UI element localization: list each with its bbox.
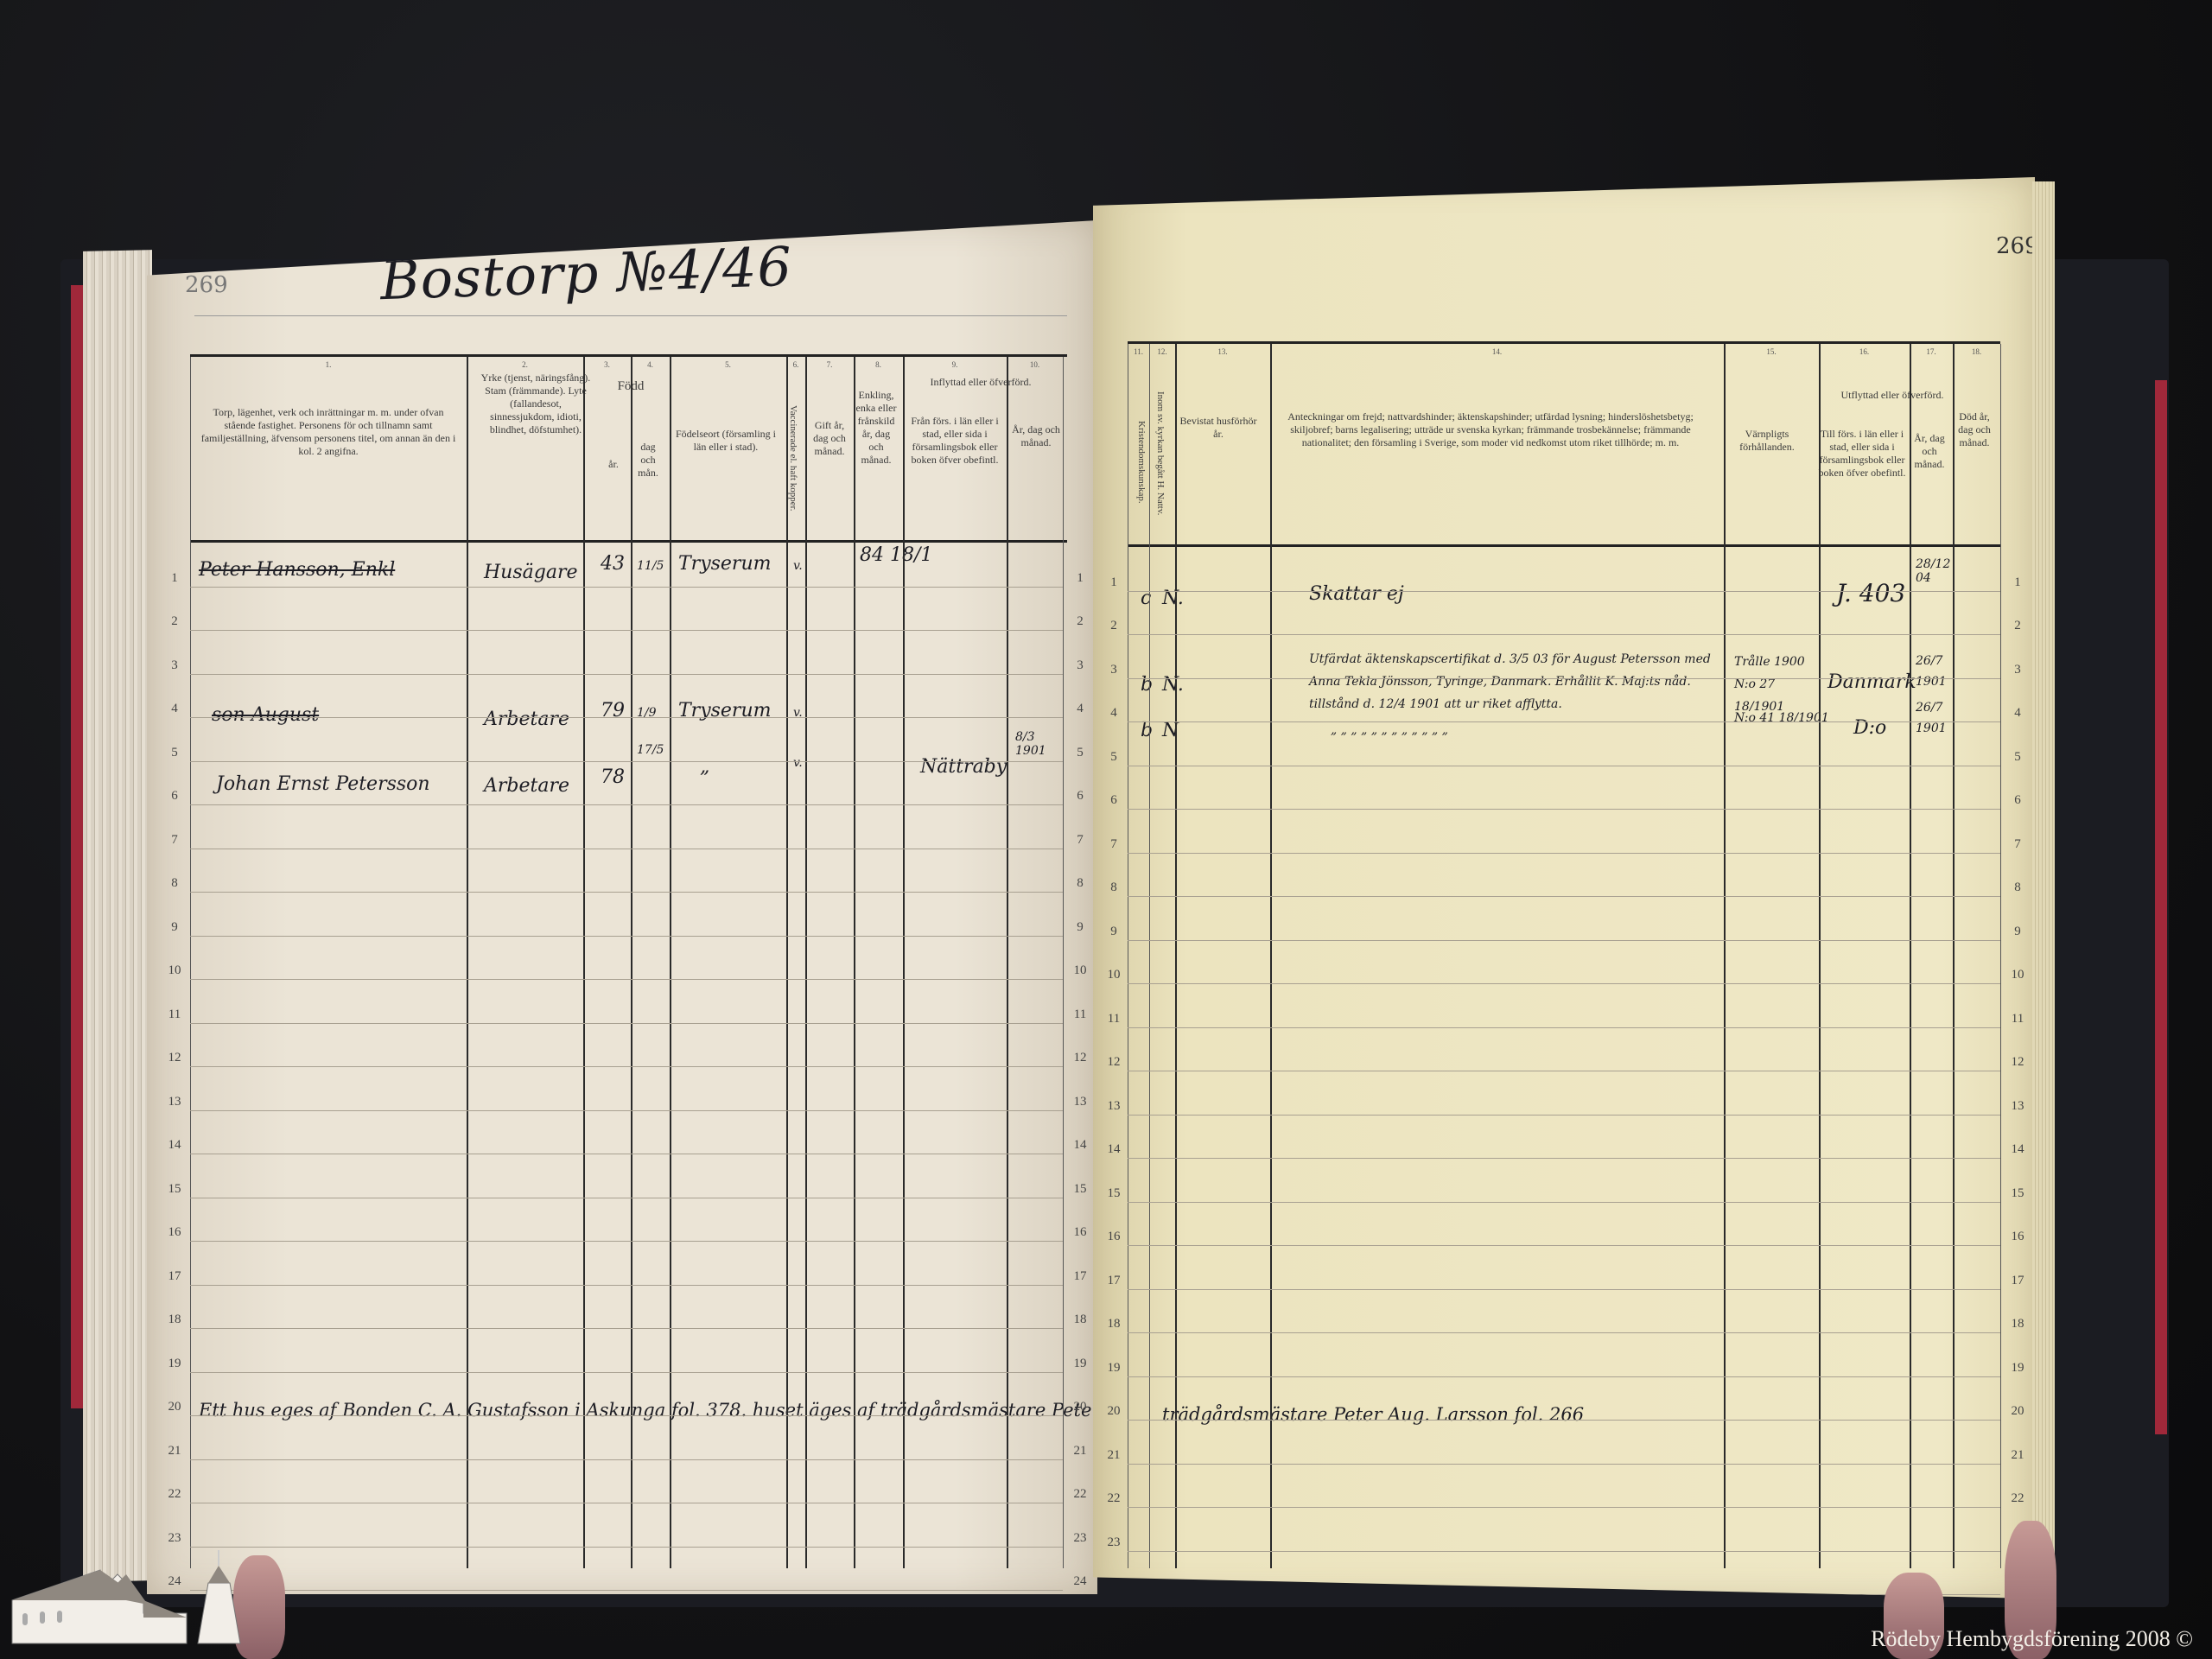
row-number: 16 <box>164 1225 185 1240</box>
row-number: 21 <box>2007 1448 2028 1463</box>
entry-occupation: Arbetare <box>484 709 569 730</box>
row-number: 15 <box>164 1182 185 1197</box>
page-stack-right <box>2032 181 2055 1599</box>
row-line <box>1128 1551 2000 1552</box>
header-col8: Enkling, enka eller frånskild år, dag oc… <box>854 389 899 467</box>
row-line <box>1128 721 2000 722</box>
header-col6: Vaccinerade el. haft kopper. <box>786 393 799 523</box>
row-line <box>1128 1376 2000 1377</box>
row-number: 13 <box>1070 1095 1090 1109</box>
row-line <box>1128 896 2000 897</box>
row-line <box>1128 809 2000 810</box>
row-number: 11 <box>164 1007 185 1022</box>
row-number: 4 <box>1103 706 1124 721</box>
row-number: 2 <box>1103 619 1124 633</box>
row-line <box>190 1066 1063 1067</box>
row-line <box>1128 591 2000 592</box>
header-col7: Gift år, dag och månad. <box>808 419 851 458</box>
row-number: 10 <box>2007 968 2028 982</box>
row-number: 10 <box>1103 968 1124 982</box>
column-divider <box>1175 344 1177 1568</box>
column-divider <box>1149 344 1150 1568</box>
row-number: 19 <box>1070 1357 1090 1371</box>
row-number: 17 <box>2007 1274 2028 1288</box>
row-number: 18 <box>2007 1317 2028 1332</box>
row-number: 18 <box>1070 1313 1090 1327</box>
row-number: 13 <box>164 1095 185 1109</box>
right-page: 269 Kristendomskunskap. Inom sv. kyrkan … <box>1093 177 2035 1599</box>
column-divider <box>786 357 788 1568</box>
row-number: 23 <box>164 1531 185 1546</box>
row-line <box>190 1241 1063 1242</box>
column-number: 2. <box>467 360 583 369</box>
row-line <box>190 717 1063 718</box>
header-col18: Död år, dag och månad. <box>1953 410 1996 449</box>
header-col11: Kristendomskunskap. <box>1135 397 1147 527</box>
entry-name: Johan Ernst Petersson <box>216 773 430 795</box>
cover-edge-left <box>71 285 83 1408</box>
column-divider <box>854 357 855 1568</box>
row-line <box>190 1328 1063 1329</box>
row-number: 5 <box>2007 750 2028 765</box>
row-line <box>190 936 1063 937</box>
row-number: 6 <box>1070 789 1090 804</box>
entry-vaccinated: v. <box>793 559 803 573</box>
row-line <box>190 1110 1063 1111</box>
entry-occupation: Arbetare <box>484 775 569 797</box>
row-number: 14 <box>164 1138 185 1153</box>
header-top-rule <box>190 354 1067 357</box>
row-number: 20 <box>2007 1404 2028 1419</box>
row-number: 9 <box>1103 925 1124 939</box>
row-line <box>1128 1071 2000 1071</box>
column-divider <box>190 357 191 1568</box>
column-divider <box>1128 344 1128 1568</box>
header-col3: år. <box>596 458 631 471</box>
entry-year: 78 <box>601 766 625 788</box>
left-page: 269 Bostorp №4/46 Torp, lägenhet, verk o… <box>147 220 1097 1594</box>
row-line <box>1128 1420 2000 1421</box>
row-number: 19 <box>2007 1361 2028 1376</box>
row-number: 15 <box>1070 1182 1090 1197</box>
header-col17: År, dag och månad. <box>1910 432 1949 471</box>
row-number: 3 <box>164 658 185 673</box>
header-col14: Anteckningar om frejd; nattvardshinder; … <box>1283 410 1698 449</box>
entry-moved-date: 8/3 1901 <box>1015 730 1058 758</box>
row-number: 6 <box>1103 793 1124 808</box>
column-number: 3. <box>583 360 631 369</box>
row-number: 2 <box>2007 619 2028 633</box>
row-number: 16 <box>2007 1230 2028 1244</box>
column-divider <box>670 357 671 1568</box>
row-number: 1 <box>1070 571 1090 586</box>
row-number: 3 <box>2007 663 2028 677</box>
row-number: 14 <box>2007 1142 2028 1157</box>
row-line <box>1128 1289 2000 1290</box>
entry-year: 43 <box>601 553 625 575</box>
row-number: 20 <box>164 1400 185 1414</box>
row-line <box>190 1415 1063 1416</box>
row-line <box>190 849 1063 849</box>
row-line <box>1128 766 2000 766</box>
row-line <box>190 1459 1063 1460</box>
entry-name: son August <box>212 704 319 726</box>
column-number: 9. <box>903 360 1007 369</box>
row-number: 12 <box>1070 1051 1090 1065</box>
column-number: 8. <box>854 360 903 369</box>
column-divider <box>1724 344 1726 1568</box>
row-number: 3 <box>1103 663 1124 677</box>
row-line <box>190 892 1063 893</box>
row-number: 16 <box>1103 1230 1124 1244</box>
row-line <box>190 1547 1063 1548</box>
column-number: 16. <box>1819 347 1910 356</box>
row-number: 21 <box>1070 1444 1090 1459</box>
left-page-number: 269 <box>185 272 228 298</box>
row-line <box>1128 853 2000 854</box>
row-number: 4 <box>1070 702 1090 716</box>
row-number: 15 <box>2007 1186 2028 1201</box>
entry-moved-to: Danmark <box>1827 671 1916 693</box>
header-inflyttad: Inflyttad eller öfverförd. <box>903 376 1058 389</box>
row-number: 17 <box>164 1269 185 1284</box>
row-number: 5 <box>164 746 185 760</box>
entry-widowed: 84 18/1 <box>860 544 932 566</box>
column-number: 1. <box>190 360 467 369</box>
column-divider <box>805 357 807 1568</box>
row-number: 2 <box>164 614 185 629</box>
row-number: 2 <box>1070 614 1090 629</box>
row-number: 21 <box>1103 1448 1124 1463</box>
row-number: 5 <box>1070 746 1090 760</box>
row-number: 14 <box>1070 1138 1090 1153</box>
row-number: 18 <box>164 1313 185 1327</box>
header-col9: Från förs. i län eller i stad, eller sid… <box>903 415 1007 467</box>
row-number: 20 <box>1070 1400 1090 1414</box>
entry-notes: Skattar ej <box>1309 583 1404 605</box>
row-number: 17 <box>1070 1269 1090 1284</box>
header-utflyttad: Utflyttad eller öfverförd. <box>1815 389 1970 402</box>
row-number: 16 <box>1070 1225 1090 1240</box>
entry-moved-to: D:o <box>1853 717 1886 739</box>
column-divider <box>631 357 632 1568</box>
row-number: 13 <box>1103 1099 1124 1114</box>
row-number: 1 <box>2007 575 2028 590</box>
row-number: 11 <box>2007 1012 2028 1027</box>
row-line <box>190 761 1063 762</box>
column-number: 14. <box>1270 347 1724 356</box>
column-number: 17. <box>1910 347 1953 356</box>
row-number: 19 <box>164 1357 185 1371</box>
row-number: 8 <box>1103 880 1124 895</box>
column-number: 7. <box>805 360 854 369</box>
column-divider <box>1007 357 1008 1568</box>
column-number: 13. <box>1175 347 1270 356</box>
row-number: 10 <box>1070 963 1090 978</box>
column-divider <box>1910 344 1911 1568</box>
header-col2: Yrke (tjenst, näringsfång). Stam (främma… <box>480 372 592 436</box>
entry-moved-to: J. 403 <box>1836 579 1905 607</box>
column-divider <box>1819 344 1821 1568</box>
row-line <box>1128 940 2000 941</box>
row-number: 6 <box>2007 793 2028 808</box>
row-line <box>1128 634 2000 635</box>
header-bottom-rule <box>1128 544 2000 547</box>
row-number: 18 <box>1103 1317 1124 1332</box>
entry-day-month: 17/5 <box>637 743 664 757</box>
row-line <box>190 1503 1063 1503</box>
column-number: 5. <box>670 360 786 369</box>
row-number: 23 <box>1070 1531 1090 1546</box>
entry-notes: Utfärdat äktenskapscertifikat d. 3/5 03 … <box>1309 648 1724 715</box>
row-number: 11 <box>1070 1007 1090 1022</box>
header-col12: Inom sv. kyrkan begått H. Nattv. <box>1154 372 1166 536</box>
row-line <box>190 979 1063 980</box>
row-number: 11 <box>1103 1012 1124 1027</box>
row-number: 13 <box>2007 1099 2028 1114</box>
row-line <box>1128 1245 2000 1246</box>
row-number: 7 <box>164 833 185 848</box>
row-line <box>1128 1115 2000 1116</box>
header-col13: Bevistat husförhör år. <box>1179 415 1257 441</box>
row-line <box>1128 1202 2000 1203</box>
column-divider <box>1953 344 1955 1568</box>
column-number: 18. <box>1953 347 2000 356</box>
row-line <box>190 1285 1063 1286</box>
header-col16: Till förs. i län eller i stad, eller sid… <box>1817 428 1907 480</box>
row-number: 7 <box>1070 833 1090 848</box>
row-number: 6 <box>164 789 185 804</box>
column-number: 11. <box>1128 347 1149 356</box>
row-number: 3 <box>1070 658 1090 673</box>
row-line <box>190 1154 1063 1154</box>
row-number: 24 <box>1070 1574 1090 1589</box>
watermark: Rödeby Hembygdsförening 2008 © <box>1871 1626 2193 1652</box>
column-divider <box>583 357 585 1568</box>
column-divider <box>1063 357 1064 1568</box>
entry-moved-date: 28/12 04 <box>1916 557 1950 585</box>
column-divider <box>903 357 905 1568</box>
row-number: 12 <box>1103 1055 1124 1070</box>
bottom-note: trädgårdsmästare Peter Aug. Larsson fol.… <box>1162 1404 1584 1425</box>
entry-vaccinated: v. <box>793 756 803 770</box>
row-line <box>1128 1332 2000 1333</box>
row-line <box>1128 1027 2000 1028</box>
row-line <box>190 674 1063 675</box>
column-number: 15. <box>1724 347 1819 356</box>
entry-moved-from: Nättraby <box>920 756 1007 778</box>
row-number: 4 <box>164 702 185 716</box>
row-number: 7 <box>2007 837 2028 852</box>
row-line <box>1128 983 2000 984</box>
row-number: 22 <box>2007 1491 2028 1506</box>
row-number: 12 <box>2007 1055 2028 1070</box>
row-line <box>190 1634 1063 1635</box>
row-line <box>190 587 1063 588</box>
header-col10: År, dag och månad. <box>1011 423 1061 449</box>
row-number: 14 <box>1103 1142 1124 1157</box>
row-line <box>1128 1464 2000 1465</box>
row-number: 22 <box>1103 1491 1124 1506</box>
entry-birthplace: Tryserum <box>678 553 771 575</box>
row-line <box>1128 1158 2000 1159</box>
column-divider <box>467 357 468 1568</box>
header-top-rule <box>1128 341 2000 344</box>
row-number: 8 <box>1070 876 1090 891</box>
header-col15: Värnpligts förhållanden. <box>1728 428 1806 454</box>
row-number: 22 <box>1070 1487 1090 1502</box>
page-title: Bostorp №4/46 <box>379 235 793 313</box>
row-number: 25 <box>1070 1618 1090 1633</box>
row-number: 1 <box>164 571 185 586</box>
row-number: 15 <box>1103 1186 1124 1201</box>
row-number: 5 <box>1103 750 1124 765</box>
entry-name: Peter Hansson, Enkl <box>199 559 395 581</box>
header-bottom-rule <box>190 540 1067 543</box>
row-line <box>1128 678 2000 679</box>
column-number: 4. <box>631 360 670 369</box>
row-number: 21 <box>164 1444 185 1459</box>
row-number: 20 <box>1103 1404 1124 1419</box>
row-line <box>190 1590 1063 1591</box>
entry-birthplace: Tryserum <box>678 700 771 721</box>
entry-birthplace: „ <box>700 756 709 778</box>
row-line <box>190 1023 1063 1024</box>
row-number: 7 <box>1103 837 1124 852</box>
column-number: 10. <box>1007 360 1063 369</box>
column-number: 6. <box>786 360 805 369</box>
entry-notes: „ „ „ „ „ „ „ „ „ „ „ „ <box>1331 723 1448 737</box>
header-col5: Födelseort (församling i län eller i sta… <box>674 428 778 454</box>
row-number: 17 <box>1103 1274 1124 1288</box>
row-number: 8 <box>164 876 185 891</box>
header-col4: dag och mån. <box>632 441 664 480</box>
row-line <box>190 1198 1063 1198</box>
row-number: 1 <box>1103 575 1124 590</box>
row-line <box>190 804 1063 805</box>
entry-military: Trålle 1900 N:o 27 18/1901 <box>1734 651 1816 718</box>
row-number: 12 <box>164 1051 185 1065</box>
column-number: 12. <box>1149 347 1175 356</box>
entry-year: 79 <box>601 700 625 721</box>
entry-moved-date: 26/7 1901 <box>1916 697 1950 739</box>
row-number: 22 <box>164 1487 185 1502</box>
header-col1: Torp, lägenhet, verk och inrättningar m.… <box>199 406 458 458</box>
row-number: 19 <box>1103 1361 1124 1376</box>
column-divider <box>1270 344 1272 1568</box>
row-number: 9 <box>1070 920 1090 935</box>
row-line <box>190 630 1063 631</box>
row-number: 4 <box>2007 706 2028 721</box>
entry-day-month: 11/5 <box>637 559 664 573</box>
row-line <box>1128 1507 2000 1508</box>
row-number: 9 <box>2007 925 2028 939</box>
row-number: 10 <box>164 963 185 978</box>
row-number: 9 <box>164 920 185 935</box>
row-number: 25 <box>1103 1623 1124 1637</box>
page-stack-left <box>83 250 152 1582</box>
row-line <box>1128 1638 2000 1639</box>
entry-moved-date: 26/7 1901 <box>1916 651 1950 692</box>
column-divider <box>2000 344 2001 1568</box>
cover-edge-right <box>2155 380 2167 1434</box>
row-number: 8 <box>2007 880 2028 895</box>
row-line <box>190 1372 1063 1373</box>
entry-occupation: Husägare <box>484 562 578 583</box>
entry-military: N:o 41 18/1901 <box>1734 711 1829 725</box>
church-and-bell-tower-icon <box>5 1548 264 1652</box>
row-number: 23 <box>1103 1535 1124 1550</box>
entry-knowledge: b <box>1141 720 1153 741</box>
